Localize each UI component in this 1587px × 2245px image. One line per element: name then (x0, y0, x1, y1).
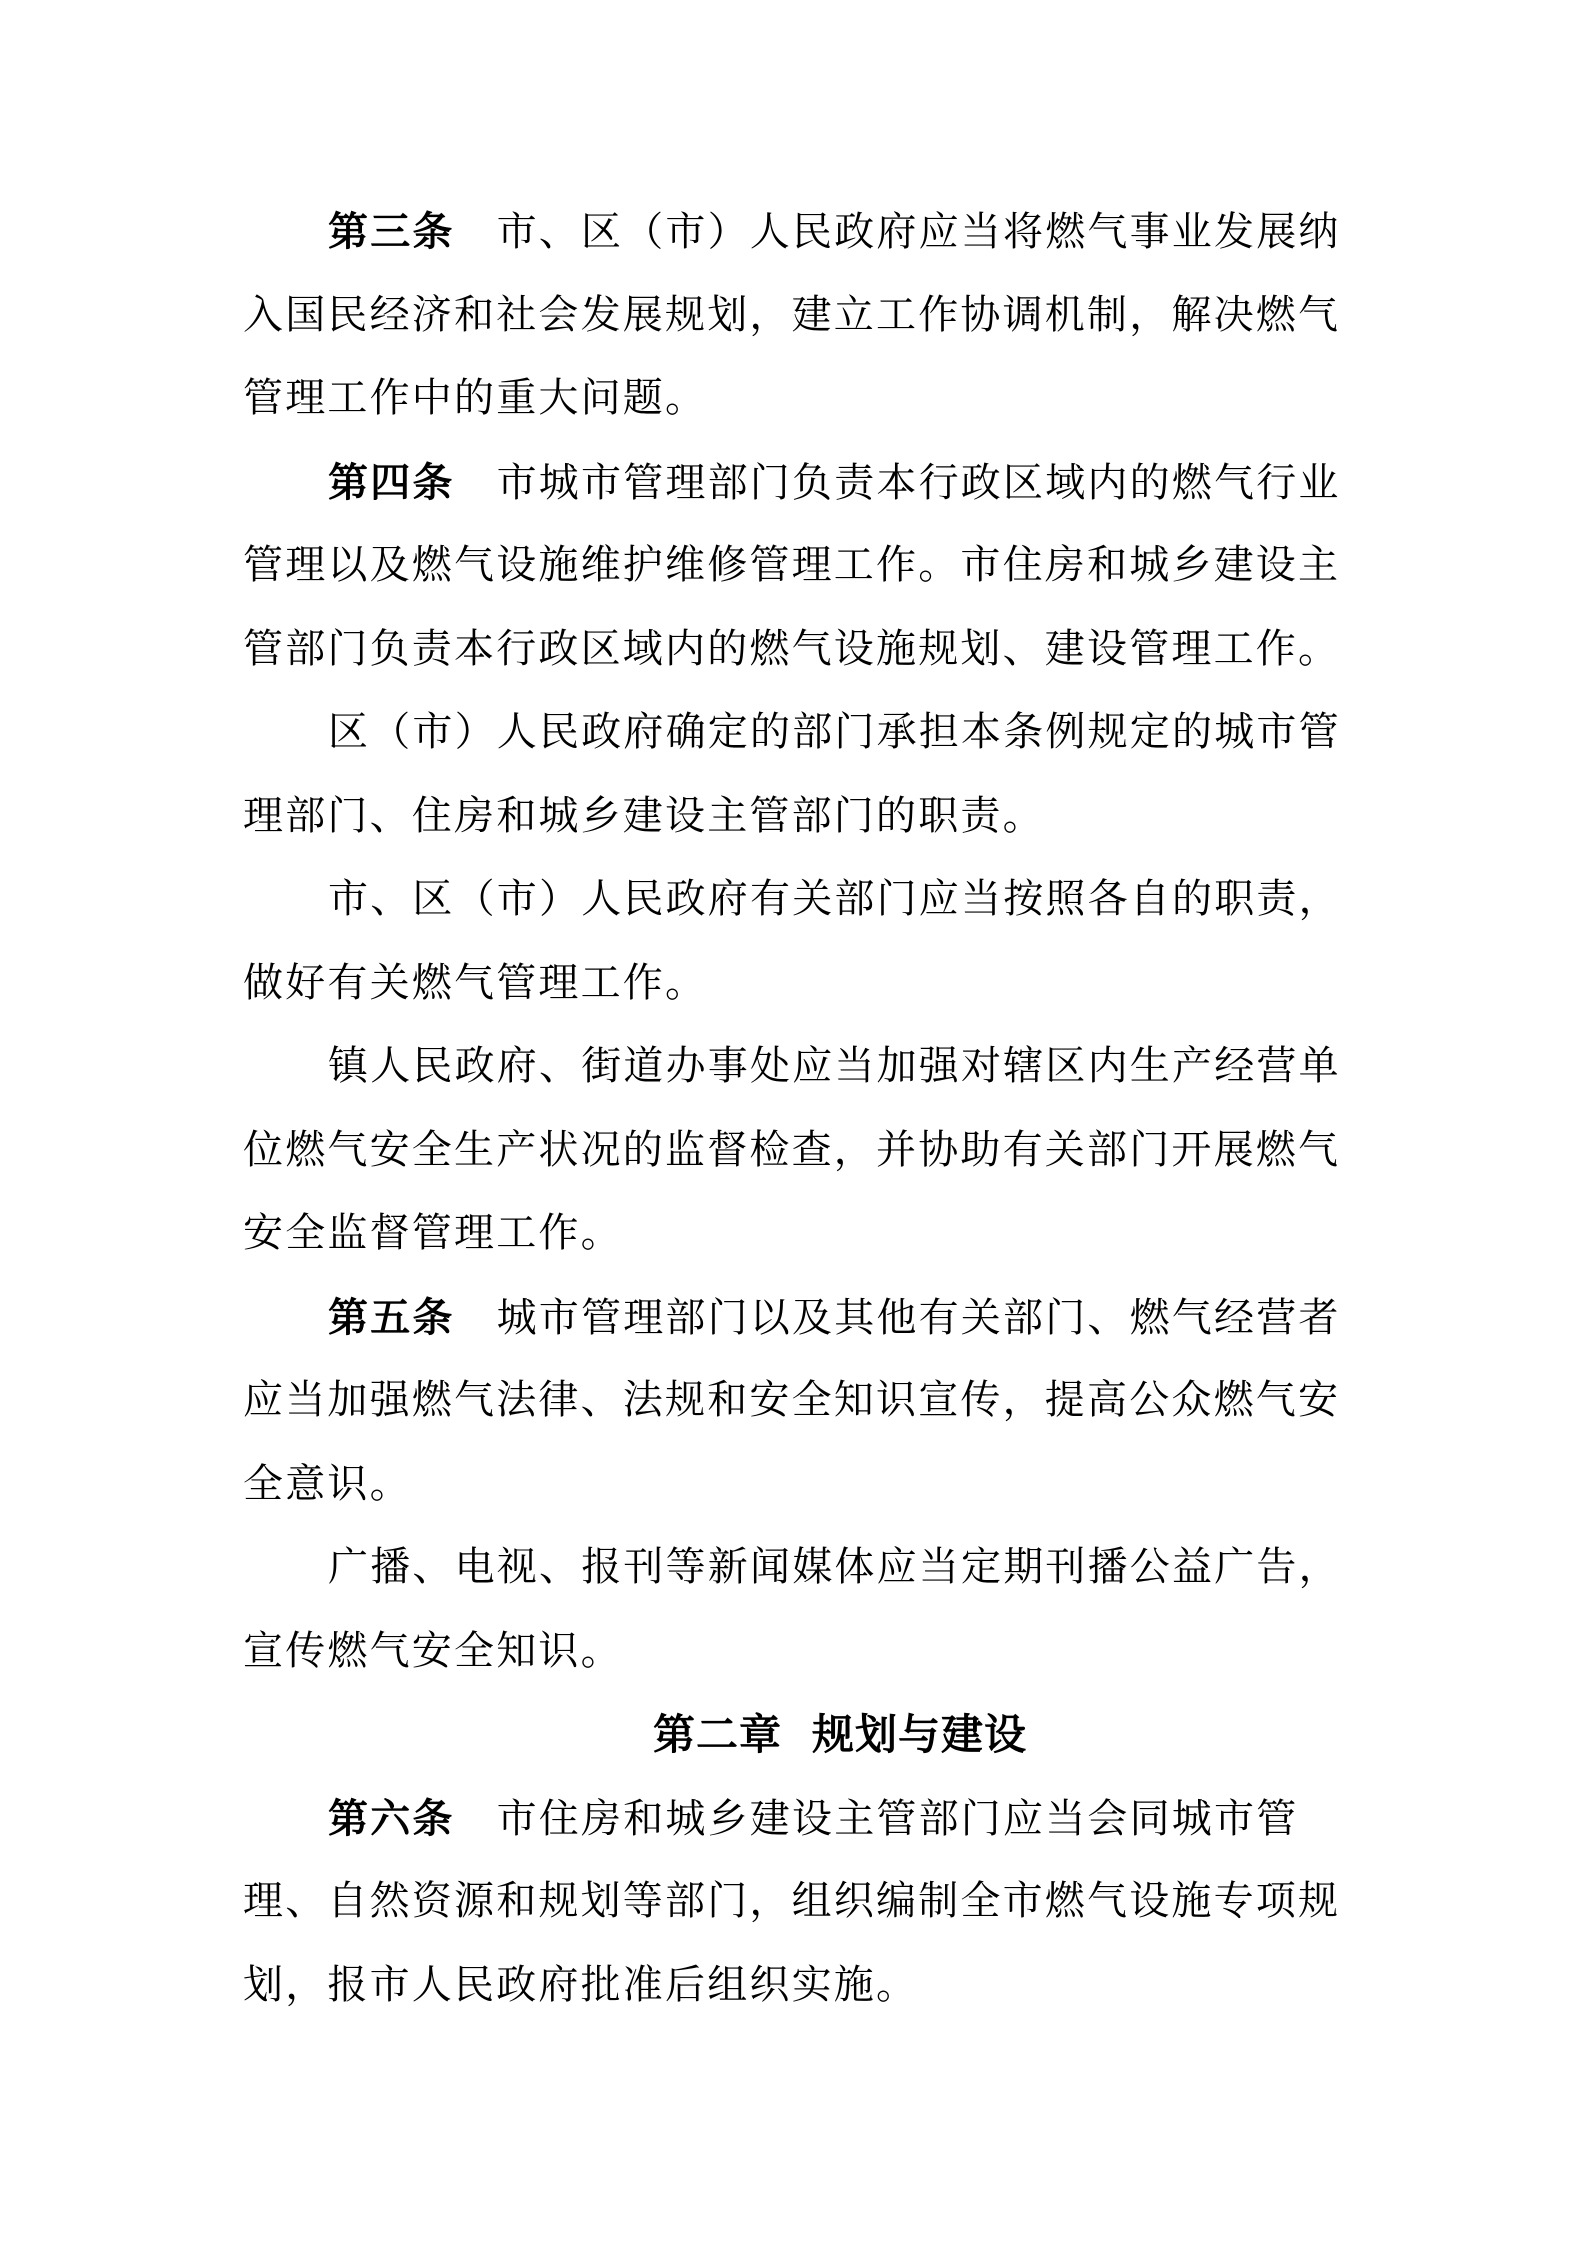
article-5-line-3: 全意识。 (243, 1443, 1343, 1527)
article-3-line-3: 管理工作中的重大问题。 (243, 357, 1343, 441)
article-5-line-2: 应当加强燃气法律、法规和安全知识宣传，提高公众燃气安 (243, 1359, 1343, 1443)
article-6-line-3: 划，报市人民政府批准后组织实施。 (243, 1944, 1343, 2028)
article-4-line-2: 管理以及燃气设施维护维修管理工作。市住房和城乡建设主 (243, 524, 1343, 608)
paragraph-line: 位燃气安全生产状况的监督检查，并协助有关部门开展燃气 (243, 1109, 1343, 1193)
article-5-line-1: 第五条城市管理部门以及其他有关部门、燃气经营者 (243, 1276, 1343, 1360)
chapter-heading: 第二章规划与建设 (243, 1693, 1343, 1777)
article-4-line-3: 管部门负责本行政区域内的燃气设施规划、建设管理工作。 (243, 608, 1343, 692)
article-6-line-1: 第六条市住房和城乡建设主管部门应当会同城市管 (243, 1777, 1343, 1861)
paragraph-line: 理部门、住房和城乡建设主管部门的职责。 (243, 775, 1343, 859)
paragraph-line: 镇人民政府、街道办事处应当加强对辖区内生产经营单 (243, 1025, 1343, 1109)
article-label: 第六条 (328, 1795, 455, 1842)
document-body: 第三条市、区（市）人民政府应当将燃气事业发展纳 入国民经济和社会发展规划，建立工… (243, 190, 1343, 2027)
chapter-title: 规划与建设 (812, 1710, 1027, 1759)
article-6-line-2: 理、自然资源和规划等部门，组织编制全市燃气设施专项规 (243, 1860, 1343, 1944)
article-label: 第五条 (328, 1294, 455, 1341)
article-4-line-1: 第四条市城市管理部门负责本行政区域内的燃气行业 (243, 441, 1343, 525)
article-label: 第四条 (328, 459, 455, 506)
chapter-number: 第二章 (653, 1710, 782, 1759)
article-text: 城市管理部门以及其他有关部门、燃气经营者 (497, 1295, 1341, 1341)
article-label: 第三条 (328, 208, 455, 255)
paragraph-line: 宣传燃气安全知识。 (243, 1610, 1343, 1694)
paragraph-line: 区（市）人民政府确定的部门承担本条例规定的城市管 (243, 691, 1343, 775)
paragraph-line: 广播、电视、报刊等新闻媒体应当定期刊播公益广告， (243, 1526, 1343, 1610)
paragraph-line: 安全监督管理工作。 (243, 1192, 1343, 1276)
article-text: 市城市管理部门负责本行政区域内的燃气行业 (497, 460, 1341, 506)
document-page: 第三条市、区（市）人民政府应当将燃气事业发展纳 入国民经济和社会发展规划，建立工… (0, 0, 1587, 2245)
article-3-line-2: 入国民经济和社会发展规划，建立工作协调机制，解决燃气 (243, 274, 1343, 358)
article-text: 市、区（市）人民政府应当将燃气事业发展纳 (497, 209, 1341, 255)
paragraph-line: 做好有关燃气管理工作。 (243, 942, 1343, 1026)
article-text: 市住房和城乡建设主管部门应当会同城市管 (497, 1796, 1299, 1842)
article-3-line-1: 第三条市、区（市）人民政府应当将燃气事业发展纳 (243, 190, 1343, 274)
paragraph-line: 市、区（市）人民政府有关部门应当按照各自的职责， (243, 858, 1343, 942)
